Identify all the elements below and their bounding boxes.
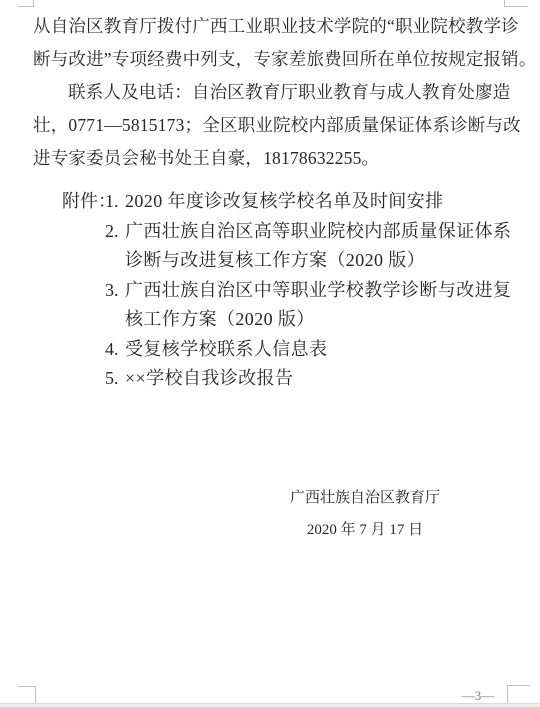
signature-date: 2020 年 7 月 17 日: [280, 514, 450, 546]
page-bottom-edge: [0, 703, 540, 707]
paragraph-contact-line: 联系人及电话：自治区教育厅职业教育与成人教育处廖造: [33, 76, 513, 109]
attachment-line: 2.广西壮族自治区高等职业院校内部质量保证体系: [62, 217, 512, 247]
attachment-item-text: 诊断与改进复核工作方案（2020 版）: [125, 250, 425, 270]
attachment-item-text: 核工作方案（2020 版）: [125, 309, 315, 329]
attachment-item-text: 广西壮族自治区高等职业院校内部质量保证体系: [125, 221, 511, 241]
text-boundary-mark-bottom-left: [18, 686, 36, 703]
attachment-item-text: 广西壮族自治区中等职业学校教学诊断与改进复: [125, 280, 511, 300]
paragraph-continuation-line: 断与改进”专项经费中列支，专家差旅费回所在单位按规定报销。: [33, 43, 513, 76]
attachment-item-number: 2.: [105, 217, 125, 247]
attachments-block: 附件：1.2020 年度诊改复核学校名单及时间安排 2.广西壮族自治区高等职业院…: [62, 187, 512, 394]
attachment-item-number: 1.: [105, 187, 125, 217]
attachment-line: 核工作方案（2020 版）: [62, 305, 512, 335]
attachment-line: 3.广西壮族自治区中等职业学校教学诊断与改进复: [62, 276, 512, 306]
attachment-line: 附件：1.2020 年度诊改复核学校名单及时间安排: [62, 187, 512, 217]
paragraph-continuation-line: 从自治区教育厅拨付广西工业职业技术学院的“职业院校教学诊: [33, 10, 513, 43]
paragraph-contact-line: 进专家委员会秘书处王自豪，18178632255。: [33, 142, 513, 175]
paragraph-contact-line: 壮，0771—5815173；全区职业院校内部质量保证体系诊断与改: [33, 109, 513, 142]
attachments-label: 附件：: [62, 187, 105, 217]
body-text-block: 从自治区教育厅拨付广西工业职业技术学院的“职业院校教学诊 断与改进”专项经费中列…: [33, 10, 513, 175]
text-boundary-mark-top-right: [504, 0, 528, 7]
attachment-item-number: 4.: [105, 335, 125, 365]
attachment-item-text: 2020 年度诊改复核学校名单及时间安排: [125, 191, 444, 211]
document-page: 从自治区教育厅拨付广西工业职业技术学院的“职业院校教学诊 断与改进”专项经费中列…: [0, 0, 540, 707]
page-number: —3—: [450, 688, 506, 704]
attachment-line: 4.受复核学校联系人信息表: [62, 335, 512, 365]
attachment-line: 5.××学校自我诊改报告: [62, 364, 512, 394]
attachment-line: 诊断与改进复核工作方案（2020 版）: [62, 246, 512, 276]
text-boundary-mark-bottom-right: [507, 685, 530, 703]
attachment-item-number: 3.: [105, 276, 125, 306]
signature-organization: 广西壮族自治区教育厅: [280, 482, 450, 514]
attachment-item-text: 受复核学校联系人信息表: [125, 339, 327, 359]
attachment-item-number: 5.: [105, 364, 125, 394]
attachment-item-text: ××学校自我诊改报告: [125, 368, 293, 388]
text-boundary-mark-top-left: [18, 0, 34, 7]
signature-block: 广西壮族自治区教育厅 2020 年 7 月 17 日: [280, 482, 450, 546]
